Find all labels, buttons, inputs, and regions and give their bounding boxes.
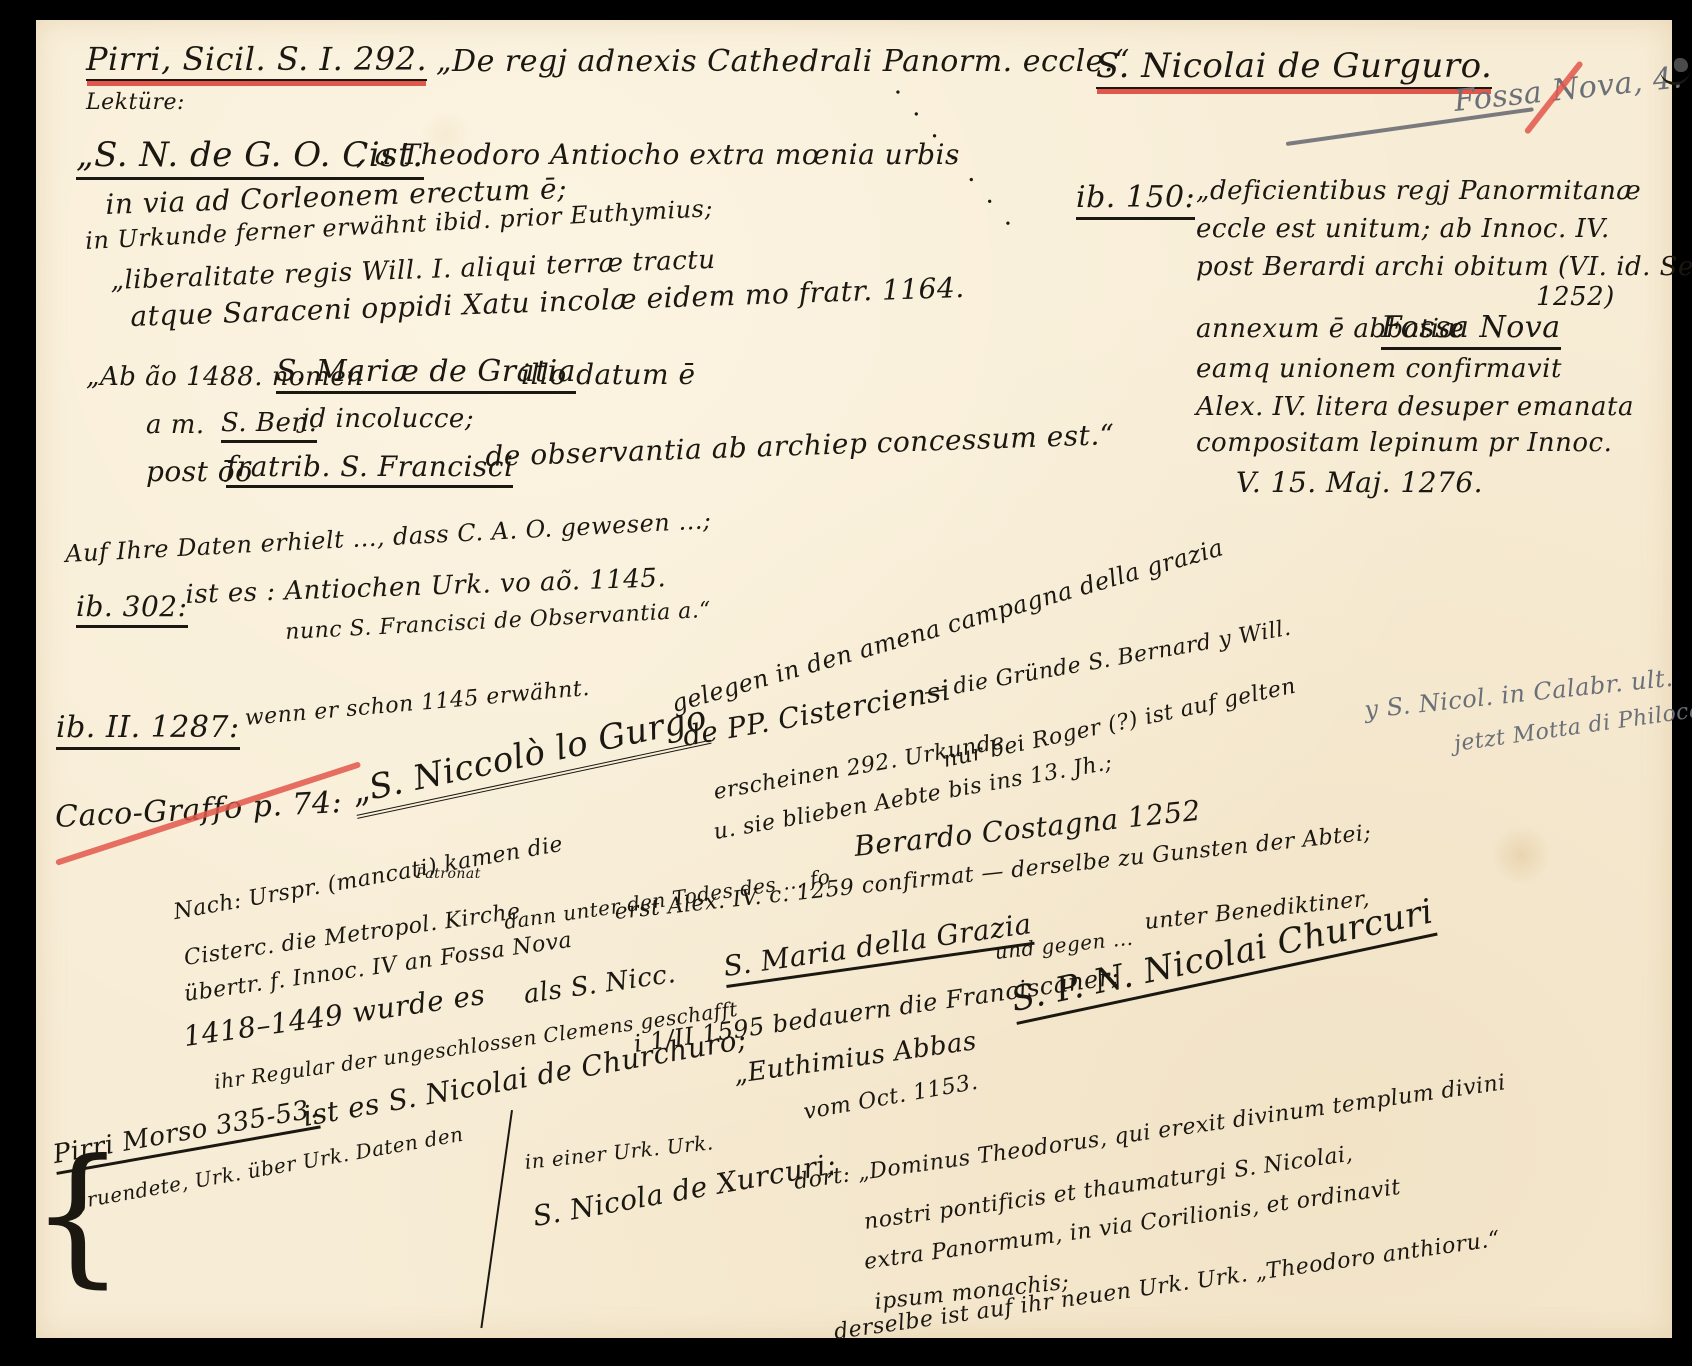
header-citation: Pirri, Sicil. S. I. 292. (86, 40, 427, 78)
ib-1287: ib. II. 1287: (56, 710, 240, 750)
ib-1287-ref: ib. II. 1287: (56, 710, 240, 745)
fratrib-s-francisci: fratrib. S. Francisci (226, 450, 513, 488)
lower-line-grazia: S. Maria della Grazia (721, 907, 1033, 983)
left-line-11: Auf Ihre Daten erhielt ..., dass C. A. O… (65, 506, 712, 568)
page-title: S. Nicolai de Gurguro. (1096, 46, 1492, 86)
sub-line-4: vom Oct. 1153. (802, 1070, 980, 1125)
ref-ib-150-quote: „deficientibus regj Panormitanæ (1196, 176, 1641, 206)
title-text: S. Nicolai de Gurguro. (1096, 46, 1492, 89)
left-line-10c: de observantia ab archiep concessum est.… (485, 418, 1115, 473)
folio-underline (1286, 107, 1534, 146)
left-line-12: ib. 302: (76, 590, 188, 623)
lower-line-nicc: als S. Nicc. (522, 959, 678, 1010)
ref-ib-150: ib. 150: (1076, 180, 1195, 215)
left-line-13: nunc S. Francisci de Observantia a.“ (285, 598, 712, 645)
manuscript-sheet: Pirri, Sicil. S. I. 292. „De regj adnexi… (36, 20, 1672, 1338)
note-line-6: Alex. IV. litera desuper emanata (1196, 392, 1634, 422)
sub-line-2: in einer Urk. Urk. (523, 1130, 714, 1174)
ib-150: ib. 150: (1076, 180, 1195, 220)
left-line-10b: fratrib. S. Francisci (226, 450, 513, 483)
left-line-3: , a Theodoro Antiocho extra mœnia urbis (356, 138, 960, 171)
citation-text: Pirri, Sicil. S. I. 292. (86, 40, 427, 81)
s-maria-della-grazia: S. Maria della Grazia (721, 907, 1034, 988)
ib-302: ib. 302: (76, 590, 188, 628)
left-line-1: Lektüre: (86, 90, 185, 115)
note-line-7: compositam lepinum pr Innoc. (1196, 428, 1612, 458)
fossa-nova: Fossa Nova (1381, 310, 1561, 350)
note-line-3: 1252) (1536, 282, 1615, 312)
note-line-5: eamq unionem confirmavit (1196, 354, 1562, 384)
left-line-9: a m. (146, 410, 205, 440)
note-line-8: V. 15. Maj. 1276. (1236, 466, 1483, 499)
lower-line-patronat: Patronat (416, 866, 481, 882)
header-citation-quote: „De regj adnexis Cathedrali Panorm. eccl… (436, 44, 1130, 79)
left-line-9c: jd incolucce; (301, 404, 474, 434)
caco-ref: Caco-Graffo p. 74: (54, 785, 343, 835)
note-line-2: post Berardi archi obitum (VI. id. Sept. (1196, 252, 1692, 282)
ib-1287-text: wenn er schon 1145 erwähnt. (244, 676, 591, 731)
stamp-icon (1660, 56, 1690, 85)
left-line-8c: illo datum ē (521, 358, 696, 391)
note-line-1: eccle est unitum; ab Innoc. IV. (1196, 214, 1610, 244)
note-line-4b: Fossa Nova (1381, 310, 1561, 345)
divider-stroke (480, 1110, 513, 1328)
